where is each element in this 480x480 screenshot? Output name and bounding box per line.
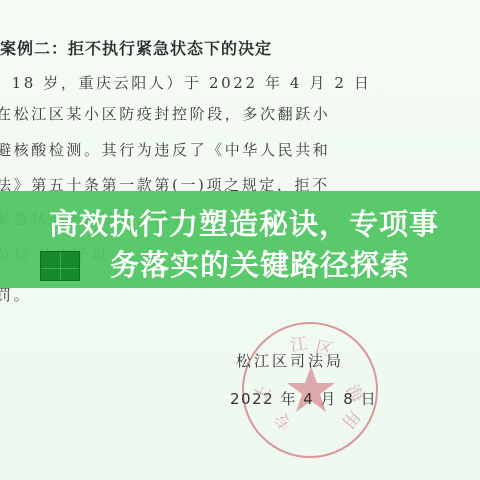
- document-line-3: 避核酸检测。其行为违反了《中华人民共和: [0, 139, 330, 160]
- headline-line-1: 高效执行力塑造秘诀，专项事: [4, 202, 480, 243]
- headline-banner: 高效执行力塑造秘诀，专项事 务落实的关键路径探索: [0, 191, 480, 288]
- seal-char: 用: [337, 406, 367, 435]
- case-title: 案例二：拒不执行紧急状态下的决定: [0, 36, 272, 59]
- document-line-2: 在松江区某小区防疫封控阶段，多次翻跃小: [0, 103, 330, 124]
- document-line-1: ，18 岁，重庆云阳人）于 2022 年 4 月 2 日: [0, 72, 372, 93]
- signature-date: 2022 年 4 月 8 日: [230, 388, 377, 409]
- headline-line-2: 务落实的关键路径探索: [20, 243, 480, 284]
- signature-authority: 松江区司法局: [236, 350, 344, 371]
